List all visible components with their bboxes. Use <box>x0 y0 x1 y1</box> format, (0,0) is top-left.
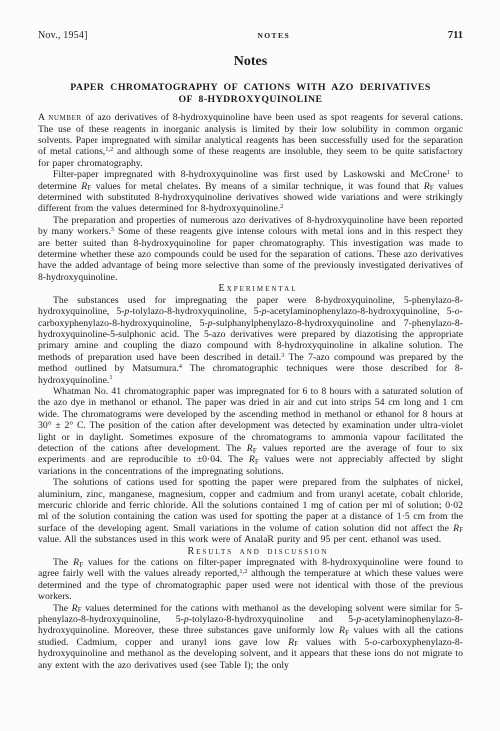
paragraph-experimental-1: The substances used for impregnating the… <box>38 295 463 386</box>
paragraph-intro-3: The preparation and properties of numero… <box>38 215 463 283</box>
section-heading-results: Results and discussion <box>38 546 463 557</box>
paragraph-experimental-2: Whatman No. 41 chromatographic paper was… <box>38 386 463 477</box>
paragraph-intro-1: A number of azo derivatives of 8-hydroxy… <box>38 112 463 169</box>
article-title-line1: PAPER CHROMATOGRAPHY OF CATIONS WITH AZO… <box>38 82 463 94</box>
section-heading-experimental: Experimental <box>38 283 463 294</box>
article-body: A number of azo derivatives of 8-hydroxy… <box>38 112 463 671</box>
page-number: 711 <box>448 30 463 41</box>
running-header: Nov., 1954] NOTES 711 <box>38 30 463 41</box>
paragraph-results-2: The RF values determined for the cations… <box>38 603 463 671</box>
issue-date: Nov., 1954] <box>38 30 88 41</box>
journal-page: Nov., 1954] NOTES 711 Notes PAPER CHROMA… <box>0 0 500 731</box>
article-title-line2: OF 8-HYDROXYQUINOLINE <box>38 94 463 106</box>
running-head: NOTES <box>257 31 290 40</box>
paragraph-experimental-3: The solutions of cations used for spotti… <box>38 477 463 545</box>
paragraph-results-1: The RF values for the cations on filter-… <box>38 557 463 603</box>
section-title-notes: Notes <box>38 54 463 70</box>
paragraph-intro-2: Filter-paper impregnated with 8-hydroxyq… <box>38 169 463 215</box>
article-title: PAPER CHROMATOGRAPHY OF CATIONS WITH AZO… <box>38 82 463 105</box>
